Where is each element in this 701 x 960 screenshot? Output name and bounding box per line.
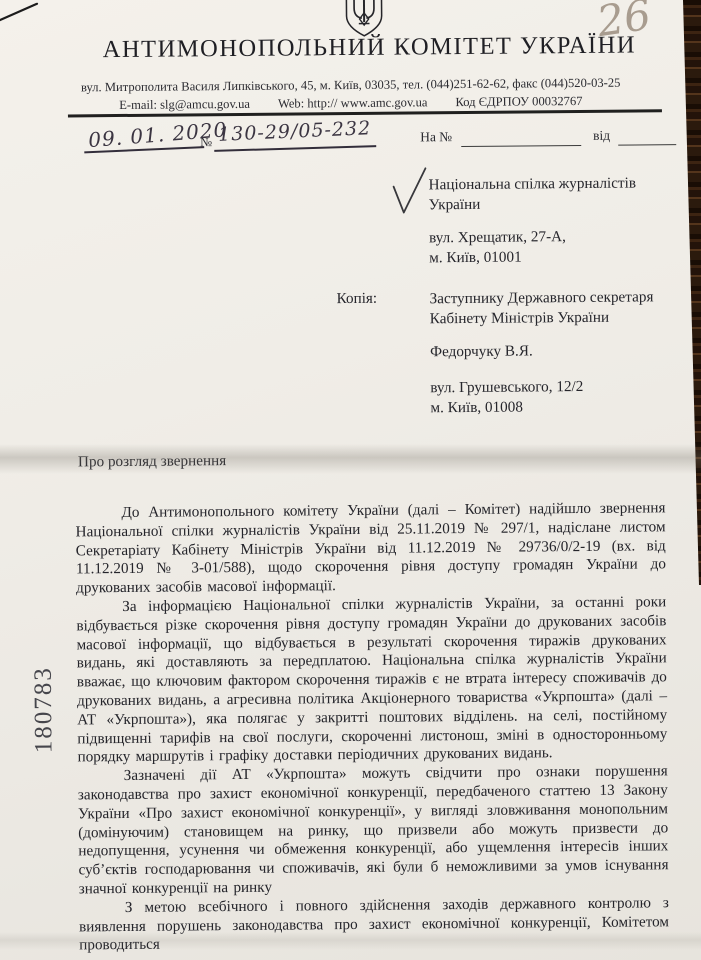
copy-address-line2: м. Київ, 01008: [430, 397, 583, 418]
paper-crease-shadow-bottom: [0, 932, 701, 950]
org-email: E-mail: slg@amcu.gov.ua: [119, 97, 250, 113]
reply-date-label: від: [593, 128, 610, 144]
pen-stroke-icon: [0, 3, 43, 27]
outgoing-number-handwritten: 130-29/05-232: [218, 117, 372, 146]
recipient-name-line1: Національна спілка журналістів: [428, 174, 636, 196]
letter-content: 26 АНТИМОНОПОЛЬНИЙ КОМІТЕТ УКРАЇНИ вул. …: [0, 0, 701, 960]
recipient-address-line1: вул. Хрещатик, 27-А,: [429, 227, 566, 248]
body-paragraph-2: За інформацією Національної спілки журна…: [76, 593, 667, 767]
recipient-name: Національна спілка журналістів України: [428, 174, 636, 216]
reply-number-blank-line: [461, 145, 581, 147]
reply-number-label: На №: [420, 129, 452, 145]
outgoing-number-underline: [214, 145, 376, 152]
org-web: Web: http:// www.amc.gov.ua: [278, 95, 428, 111]
number-sign-label: №: [200, 135, 212, 150]
recipient-address: вул. Хрещатик, 27-А, м. Київ, 01001: [429, 227, 566, 268]
copy-recipient-person: Федорчуку В.Я.: [430, 341, 533, 362]
scanned-letter-photo: 26 АНТИМОНОПОЛЬНИЙ КОМІТЕТ УКРАЇНИ вул. …: [0, 0, 701, 960]
copy-recipient-line1: Заступнику Державного секретаря: [429, 287, 653, 309]
org-edrpou-code: Код ЄДРПОУ 00032767: [455, 94, 582, 110]
recipient-address-line2: м. Київ, 01001: [429, 247, 566, 268]
org-address-line: вул. Митрополита Василя Липківського, 45…: [36, 75, 666, 95]
registration-stamp-number: 180783: [30, 649, 61, 771]
checkmark-icon: [390, 166, 428, 216]
reply-date-blank-line: [618, 144, 676, 146]
copy-label: Копія:: [336, 290, 377, 308]
copy-recipient-address: вул. Грушевського, 12/2 м. Київ, 01008: [430, 377, 583, 418]
body-paragraph-1: До Антимонопольного комітету України (да…: [75, 499, 666, 598]
copy-recipient-line2: Кабінету Міністрів України: [430, 307, 654, 329]
paper-crease-shadow: [0, 444, 701, 474]
letter-body: До Антимонопольного комітету України (да…: [75, 499, 669, 955]
org-name-title: АНТИМОНОПОЛЬНИЙ КОМІТЕТ УКРАЇНИ: [69, 31, 669, 64]
copy-address-line1: вул. Грушевського, 12/2: [430, 377, 583, 398]
body-paragraph-3: Зазначені дії АТ «Укрпошта» можуть свідч…: [78, 762, 669, 899]
copy-recipient-title: Заступнику Державного секретаря Кабінету…: [429, 287, 653, 329]
recipient-name-line2: України: [429, 194, 637, 216]
